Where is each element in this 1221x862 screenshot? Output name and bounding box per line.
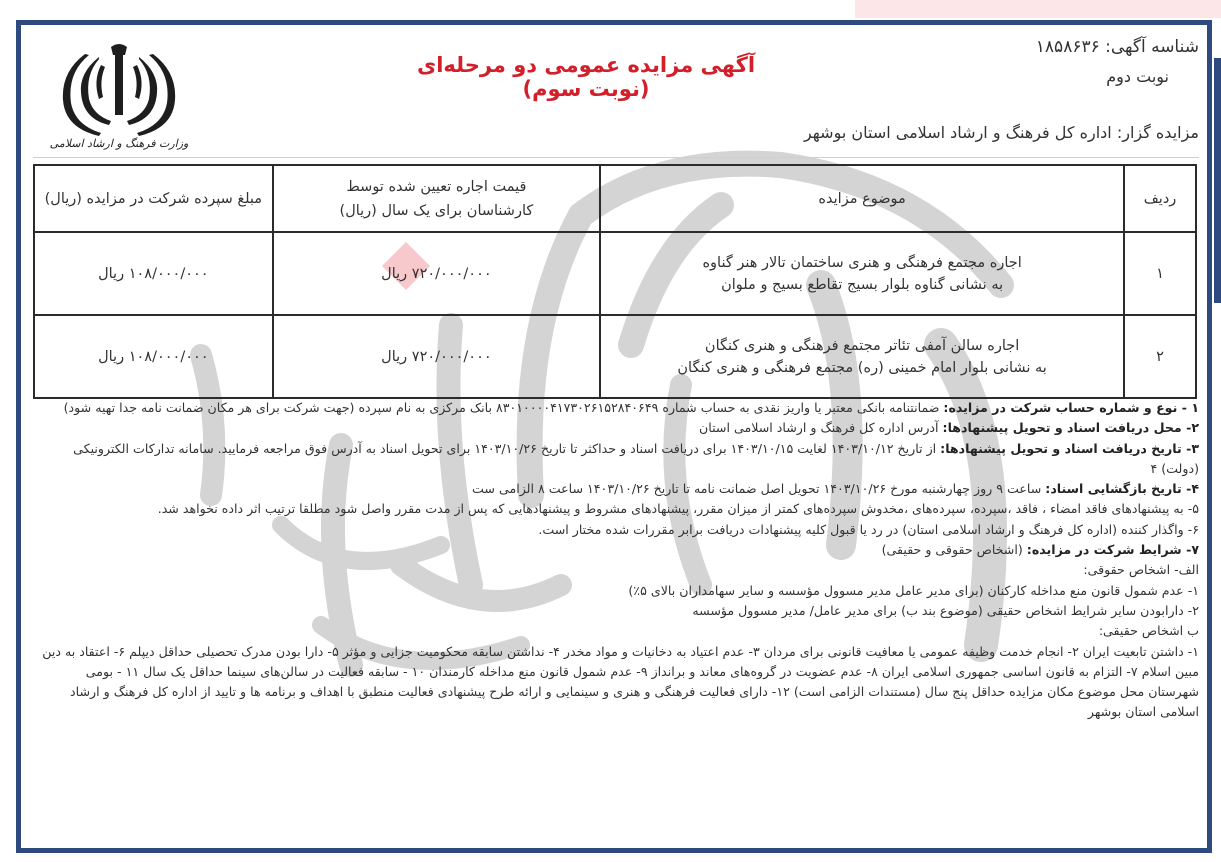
legal-persons-heading: الف- اشخاص حقوقی: bbox=[35, 560, 1199, 580]
logo-caption: وزارت فرهنگ و ارشاد اسلامی bbox=[39, 137, 199, 150]
legal-persons-item: ۱- عدم شمول قانون منع مداخله کارکنان (بر… bbox=[35, 581, 1199, 601]
subject-line2: به نشانی بلوار امام خمینی (ره) مجتمع فره… bbox=[601, 357, 1123, 379]
notice-frame: شناسه آگهی: ۱۸۵۸۶۳۶ نوبت دوم آگهی مزایده… bbox=[16, 20, 1212, 853]
notice-id-label: شناسه آگهی: bbox=[1105, 37, 1199, 57]
subject-line1: اجاره مجتمع فرهنگی و هنری ساختمان تالار … bbox=[601, 252, 1123, 274]
term-item: ۷- شرایط شرکت در مزایده: (اشخاص حقوقی و … bbox=[35, 540, 1199, 560]
organizer: مزایده گزار: اداره کل فرهنگ و ارشاد اسلا… bbox=[804, 123, 1199, 142]
iran-emblem-icon bbox=[39, 37, 199, 137]
term-label: ۱ - نوع و شماره حساب شرکت در مزایده: bbox=[943, 400, 1199, 415]
auction-table: ردیف موضوع مزایده قیمت اجاره تعیین شده ت… bbox=[33, 164, 1197, 399]
organizer-value: اداره کل فرهنگ و ارشاد اسلامی استان بوشه… bbox=[804, 123, 1112, 142]
header-price-line1: قیمت اجاره تعیین شده توسط bbox=[274, 175, 599, 199]
natural-persons-heading: ب اشخاص حقیقی: bbox=[35, 621, 1199, 641]
cell-deposit: ۱۰۸/۰۰۰/۰۰۰ ریال bbox=[34, 315, 273, 398]
page-title: آگهی مزایده عمومی دو مرحله‌ای (نوبت سوم) bbox=[401, 53, 771, 101]
top-pink-strip bbox=[855, 0, 1221, 18]
header-price: قیمت اجاره تعیین شده توسط کارشناسان برای… bbox=[273, 165, 600, 232]
term-item: ۱ - نوع و شماره حساب شرکت در مزایده: ضما… bbox=[35, 398, 1199, 418]
notice-round: نوبت دوم bbox=[1106, 67, 1169, 86]
term-label: ۲- محل دریافت اسناد و تحویل پیشنهادها: bbox=[943, 420, 1199, 435]
cell-deposit: ۱۰۸/۰۰۰/۰۰۰ ریال bbox=[34, 232, 273, 315]
term-item: ۲- محل دریافت اسناد و تحویل پیشنهادها: آ… bbox=[35, 418, 1199, 438]
term-item: ۳- تاریخ دریافت اسناد و تحویل پیشنهادها:… bbox=[35, 439, 1199, 480]
notice-id-value: ۱۸۵۸۶۳۶ bbox=[1036, 37, 1100, 57]
term-label: ۳- تاریخ دریافت اسناد و تحویل پیشنهادها: bbox=[940, 441, 1199, 456]
header-deposit: مبلغ سپرده شرکت در مزایده (ریال) bbox=[34, 165, 273, 232]
term-text: ساعت ۹ روز چهارشنبه مورخ ۱۴۰۳/۱۰/۲۶ تحوی… bbox=[472, 481, 1045, 496]
term-text: ضمانتنامه بانکی معتبر یا واریز نقدی به ح… bbox=[64, 400, 944, 415]
header-price-line2: کارشناسان برای یک سال (ریال) bbox=[274, 199, 599, 223]
natural-persons-text: ۱- داشتن تابعیت ایران ۲- انجام خدمت وظیف… bbox=[35, 642, 1199, 723]
table-header-row: ردیف موضوع مزایده قیمت اجاره تعیین شده ت… bbox=[34, 165, 1196, 232]
table-row: ۱ اجاره مجتمع فرهنگی و هنری ساختمان تالا… bbox=[34, 232, 1196, 315]
term-label: ۴- تاریخ بازگشایی اسناد: bbox=[1045, 481, 1199, 496]
term-text: آدرس اداره کل فرهنگ و ارشاد اسلامی استان bbox=[699, 420, 943, 435]
cell-row-number: ۲ bbox=[1124, 315, 1196, 398]
cell-subject: اجاره سالن آمفی تئاتر مجتمع فرهنگی و هنر… bbox=[600, 315, 1124, 398]
price-value: ۷۲۰/۰۰۰/۰۰۰ ریال bbox=[381, 263, 491, 285]
cell-row-number: ۱ bbox=[1124, 232, 1196, 315]
subject-line2: به نشانی گناوه بلوار بسیج تقاطع بسیج و م… bbox=[601, 274, 1123, 296]
ministry-logo: وزارت فرهنگ و ارشاد اسلامی bbox=[39, 37, 199, 157]
right-edge-bar bbox=[1214, 58, 1221, 303]
table-row: ۲ اجاره سالن آمفی تئاتر مجتمع فرهنگی و ه… bbox=[34, 315, 1196, 398]
cell-subject: اجاره مجتمع فرهنگی و هنری ساختمان تالار … bbox=[600, 232, 1124, 315]
term-item: ۶- واگذار کننده (اداره کل فرهنگ و ارشاد … bbox=[35, 520, 1199, 540]
notice-id: شناسه آگهی: ۱۸۵۸۶۳۶ bbox=[1036, 37, 1199, 57]
term-label: ۷- شرایط شرکت در مزایده: bbox=[1027, 542, 1199, 557]
organizer-label: مزایده گزار: bbox=[1117, 123, 1199, 142]
header-subject: موضوع مزایده bbox=[600, 165, 1124, 232]
cell-price: ۷۲۰/۰۰۰/۰۰۰ ریال bbox=[273, 315, 600, 398]
term-text: ۵- به پیشنهادهای فاقد امضاء ، فاقد ،سپرد… bbox=[158, 501, 1199, 516]
terms-section: ۱ - نوع و شماره حساب شرکت در مزایده: ضما… bbox=[35, 398, 1199, 723]
term-item: ۴- تاریخ بازگشایی اسناد: ساعت ۹ روز چهار… bbox=[35, 479, 1199, 499]
header-divider bbox=[33, 157, 1199, 158]
header-row-number: ردیف bbox=[1124, 165, 1196, 232]
term-text: (اشخاص حقوقی و حقیقی) bbox=[882, 542, 1027, 557]
term-item: ۵- به پیشنهادهای فاقد امضاء ، فاقد ،سپرد… bbox=[35, 499, 1199, 519]
legal-persons-item: ۲- دارابودن سایر شرایط اشخاص حقیقی (موضو… bbox=[35, 601, 1199, 621]
cell-price: ۷۲۰/۰۰۰/۰۰۰ ریال bbox=[273, 232, 600, 315]
subject-line1: اجاره سالن آمفی تئاتر مجتمع فرهنگی و هنر… bbox=[601, 335, 1123, 357]
term-text: ۶- واگذار کننده (اداره کل فرهنگ و ارشاد … bbox=[538, 522, 1199, 537]
